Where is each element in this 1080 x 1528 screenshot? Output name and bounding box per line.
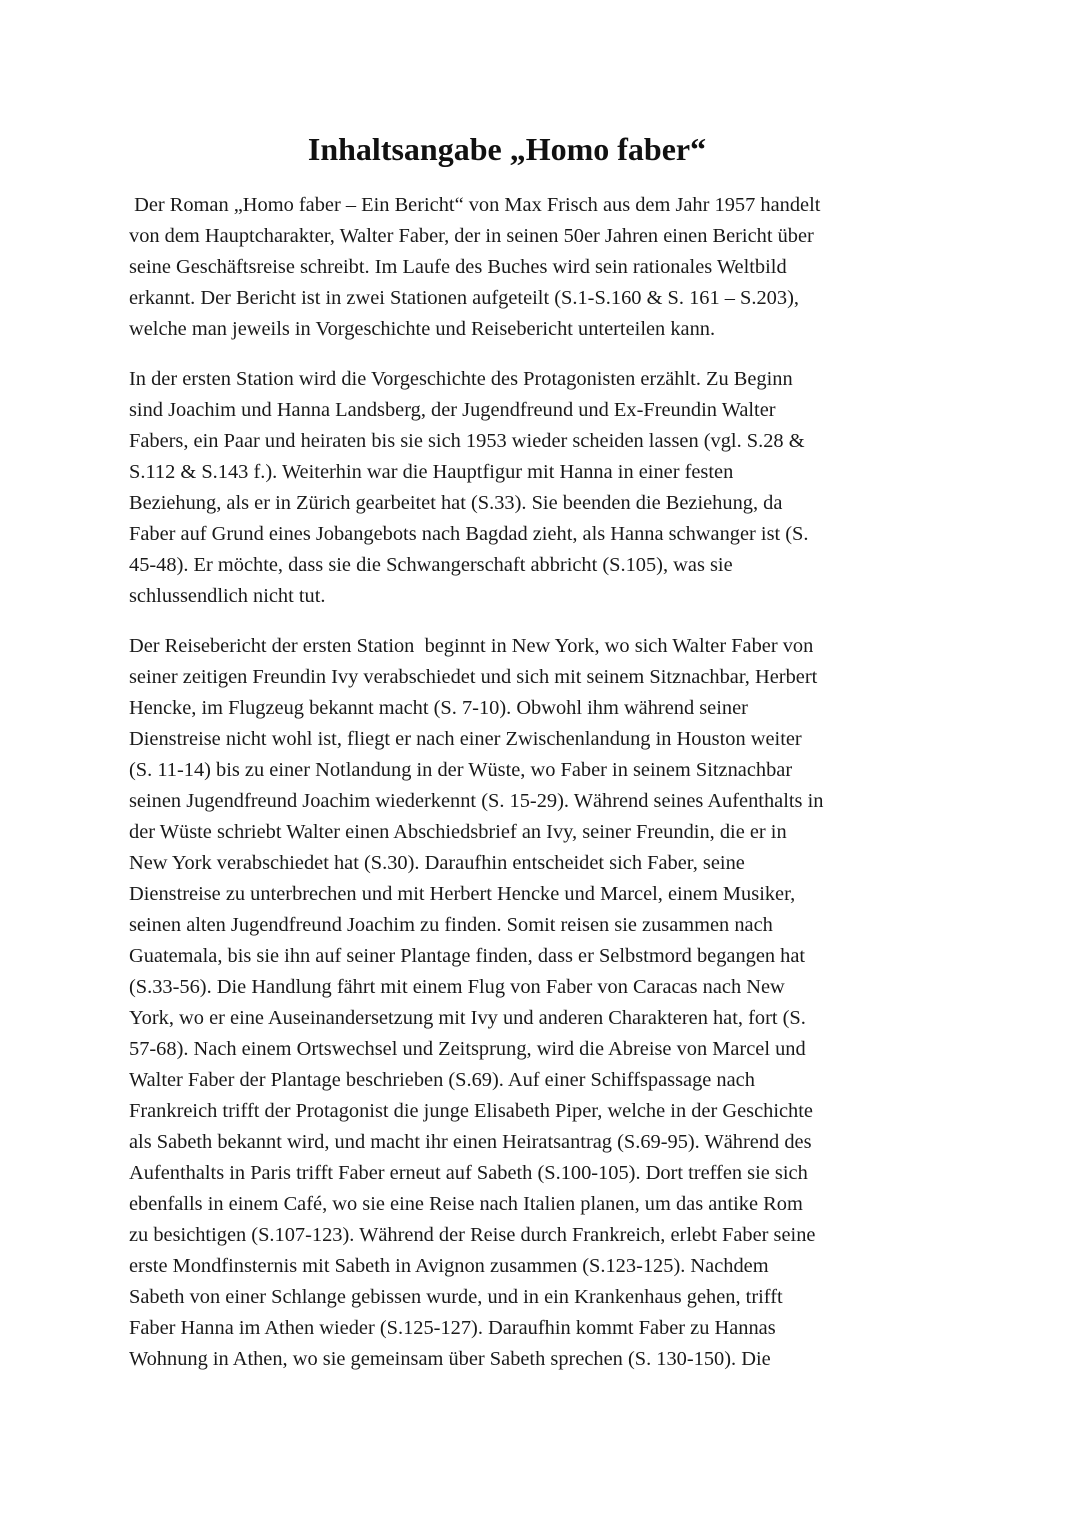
text-line: Dienstreise zu unterbrechen und mit Herb… [129, 879, 795, 910]
text-line: In der ersten Station wird die Vorgeschi… [129, 364, 793, 395]
text-line: Aufenthalts in Paris trifft Faber erneut… [129, 1158, 808, 1189]
text-line: seinen Jugendfreund Joachim wiederkennt … [129, 786, 823, 817]
text-line: Fabers, ein Paar und heiraten bis sie si… [129, 426, 805, 457]
text-line: Walter Faber der Plantage beschrieben (S… [129, 1065, 755, 1096]
text-line: Faber auf Grund eines Jobangebots nach B… [129, 519, 809, 550]
text-line: Wohnung in Athen, wo sie gemeinsam über … [129, 1344, 771, 1375]
text-line: York, wo er eine Auseinandersetzung mit … [129, 1003, 806, 1034]
text-line: Guatemala, bis sie ihn auf seiner Planta… [129, 941, 805, 972]
text-line: zu besichtigen (S.107-123). Während der … [129, 1220, 815, 1251]
text-line: erste Mondfinsternis mit Sabeth in Avign… [129, 1251, 769, 1282]
text-line: Beziehung, als er in Zürich gearbeitet h… [129, 488, 782, 519]
text-line: Der Roman „Homo faber – Ein Bericht“ von… [129, 190, 820, 221]
text-line: sind Joachim und Hanna Landsberg, der Ju… [129, 395, 776, 426]
text-line: welche man jeweils in Vorgeschichte und … [129, 314, 715, 345]
text-line: Hencke, im Flugzeug bekannt macht (S. 7-… [129, 693, 748, 724]
text-line: als Sabeth bekannt wird, und macht ihr e… [129, 1127, 812, 1158]
text-line: ebenfalls in einem Café, wo sie eine Rei… [129, 1189, 803, 1220]
text-line: New York verabschiedet hat (S.30). Darau… [129, 848, 745, 879]
document-page: Inhaltsangabe „Homo faber“ Der Roman „Ho… [0, 0, 1080, 1528]
text-line: schlussendlich nicht tut. [129, 581, 326, 612]
text-line: Sabeth von einer Schlange gebissen wurde… [129, 1282, 783, 1313]
text-line: von dem Hauptcharakter, Walter Faber, de… [129, 221, 814, 252]
text-line: erkannt. Der Bericht ist in zwei Station… [129, 283, 799, 314]
text-line: S.112 & S.143 f.). Weiterhin war die Hau… [129, 457, 733, 488]
text-line: Der Reisebericht der ersten Station begi… [129, 631, 813, 662]
document-title: Inhaltsangabe „Homo faber“ [0, 128, 1014, 170]
text-line: (S. 11-14) bis zu einer Notlandung in de… [129, 755, 792, 786]
text-line: seiner zeitigen Freundin Ivy verabschied… [129, 662, 817, 693]
text-line: Faber Hanna im Athen wieder (S.125-127).… [129, 1313, 776, 1344]
text-line: (S.33-56). Die Handlung fährt mit einem … [129, 972, 785, 1003]
text-line: seinen alten Jugendfreund Joachim zu fin… [129, 910, 773, 941]
text-line: 57-68). Nach einem Ortswechsel und Zeits… [129, 1034, 806, 1065]
text-line: der Wüste schriebt Walter einen Abschied… [129, 817, 787, 848]
text-line: seine Geschäftsreise schreibt. Im Laufe … [129, 252, 787, 283]
text-line: Frankreich trifft der Protagonist die ju… [129, 1096, 813, 1127]
text-line: Dienstreise nicht wohl ist, fliegt er na… [129, 724, 802, 755]
text-line: 45-48). Er möchte, dass sie die Schwange… [129, 550, 733, 581]
